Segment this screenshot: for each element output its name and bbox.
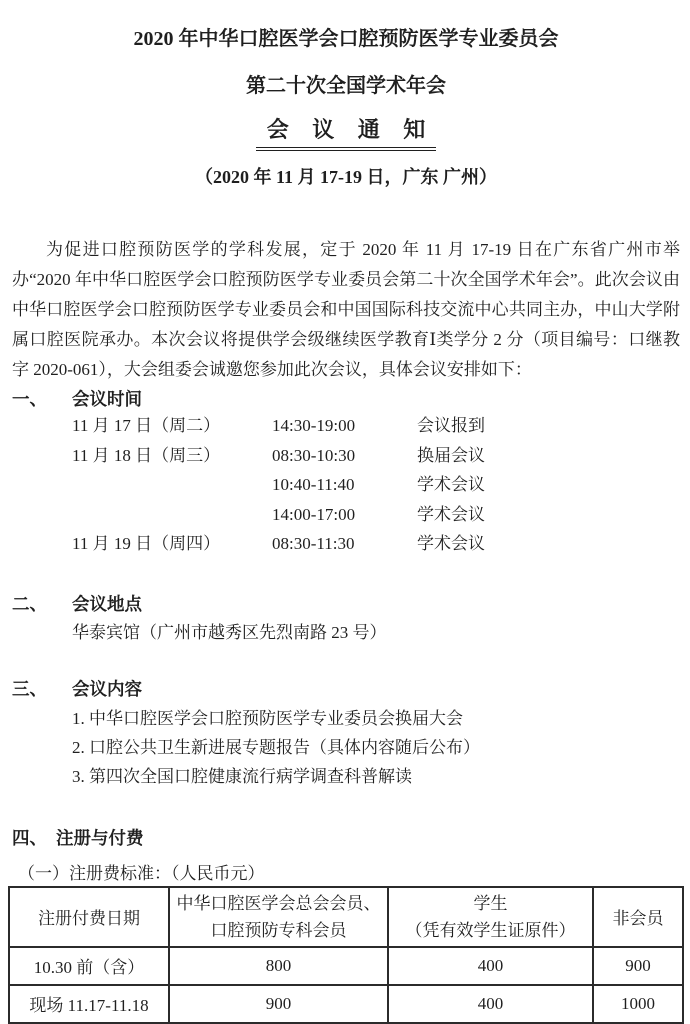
schedule-date: 11 月 19 日（周四） — [72, 529, 272, 559]
schedule-time: 14:00-17:00 — [272, 500, 417, 530]
date-location-line: （2020 年 11 月 17-19 日，广东 广州） — [12, 166, 680, 189]
content-list: 1. 中华口腔医学会口腔预防医学专业委员会换届大会 2. 口腔公共卫生新进展专题… — [72, 704, 680, 791]
venue-address: 华泰宾馆（广州市越秀区先烈南路 23 号） — [72, 619, 680, 647]
schedule-row: 11 月 17 日（周二） 14:30-19:00 会议报到 — [72, 411, 680, 441]
schedule-event: 换届会议 — [417, 441, 485, 471]
content-item: 1. 中华口腔医学会口腔预防医学专业委员会换届大会 — [72, 704, 680, 733]
section-number-time: 一、 — [12, 387, 72, 411]
schedule-row: 10:40-11:40 学术会议 — [72, 470, 680, 500]
fee-table-header-row: 注册付费日期 中华口腔医学会总会会员、 口腔预防专科会员 学生 （凭有效学生证原… — [9, 887, 683, 947]
schedule-time: 14:30-19:00 — [272, 411, 417, 441]
schedule-date — [72, 500, 272, 530]
content-item: 2. 口腔公共卫生新进展专题报告（具体内容随后公布） — [72, 733, 680, 762]
content-item: 3. 第四次全国口腔健康流行病学调查科普解读 — [72, 762, 680, 791]
schedule-time: 08:30-10:30 — [272, 441, 417, 471]
fee-header-student-line2: （凭有效学生证原件） — [391, 917, 590, 944]
schedule-event: 学术会议 — [417, 500, 485, 530]
schedule-event: 学术会议 — [417, 470, 485, 500]
schedule-time: 08:30-11:30 — [272, 529, 417, 559]
schedule-list: 11 月 17 日（周二） 14:30-19:00 会议报到 11 月 18 日… — [72, 411, 680, 559]
registration-fee-table: 注册付费日期 中华口腔医学会总会会员、 口腔预防专科会员 学生 （凭有效学生证原… — [8, 886, 684, 1024]
section-heading-time: 一、 会议时间 — [12, 387, 680, 411]
fee-header-member: 中华口腔医学会总会会员、 口腔预防专科会员 — [169, 887, 388, 947]
notice-title-row: 会 议 通 知 — [12, 116, 680, 151]
schedule-event: 会议报到 — [417, 411, 485, 441]
fee-header-date: 注册付费日期 — [9, 887, 169, 947]
section-heading-registration: 四、 注册与付费 — [12, 826, 680, 850]
schedule-date: 11 月 18 日（周三） — [72, 441, 272, 471]
schedule-event: 学术会议 — [417, 529, 485, 559]
fee-table-row-onsite: 现场 11.17-11.18 900 400 1000 — [9, 985, 683, 1023]
document-title-line2: 第二十次全国学术年会 — [12, 73, 680, 99]
schedule-time: 10:40-11:40 — [272, 470, 417, 500]
fee-header-nonmember: 非会员 — [593, 887, 683, 947]
section-title-venue: 会议地点 — [72, 592, 142, 616]
section-title-registration: 注册与付费 — [56, 826, 144, 850]
schedule-row: 11 月 18 日（周三） 08:30-10:30 换届会议 — [72, 441, 680, 471]
fee-cell-member-price: 800 — [169, 947, 388, 985]
document-title-line1: 2020 年中华口腔医学会口腔预防医学专业委员会 — [12, 26, 680, 52]
fee-table-row-early: 10.30 前（含） 800 400 900 — [9, 947, 683, 985]
section-number-venue: 二、 — [12, 592, 72, 616]
intro-paragraph: 为促进口腔预防医学的学科发展，定于 2020 年 11 月 17-19 日在广东… — [12, 235, 680, 385]
fee-cell-member-price: 900 — [169, 985, 388, 1023]
fee-cell-student-price: 400 — [388, 985, 593, 1023]
fee-cell-period: 现场 11.17-11.18 — [9, 985, 169, 1023]
section-heading-venue: 二、 会议地点 — [12, 592, 680, 616]
section-title-time: 会议时间 — [72, 387, 142, 411]
schedule-row: 14:00-17:00 学术会议 — [72, 500, 680, 530]
notice-title: 会 议 通 知 — [256, 116, 437, 151]
section-title-content: 会议内容 — [72, 677, 142, 701]
schedule-row: 11 月 19 日（周四） 08:30-11:30 学术会议 — [72, 529, 680, 559]
section-heading-content: 三、 会议内容 — [12, 677, 680, 701]
fee-header-member-line1: 中华口腔医学会总会会员、 — [172, 890, 385, 917]
fee-standard-subheading: （一）注册费标准：（人民币元） — [18, 862, 680, 886]
fee-cell-student-price: 400 — [388, 947, 593, 985]
fee-header-student: 学生 （凭有效学生证原件） — [388, 887, 593, 947]
schedule-date: 11 月 17 日（周二） — [72, 411, 272, 441]
conference-notice-document: 2020 年中华口腔医学会口腔预防医学专业委员会 第二十次全国学术年会 会 议 … — [0, 0, 690, 1024]
section-number-registration: 四、 — [12, 826, 56, 850]
section-number-content: 三、 — [12, 677, 72, 701]
schedule-date — [72, 470, 272, 500]
fee-header-student-line1: 学生 — [391, 890, 590, 917]
fee-cell-period: 10.30 前（含） — [9, 947, 169, 985]
fee-header-member-line2: 口腔预防专科会员 — [172, 917, 385, 944]
fee-cell-nonmember-price: 900 — [593, 947, 683, 985]
fee-cell-nonmember-price: 1000 — [593, 985, 683, 1023]
